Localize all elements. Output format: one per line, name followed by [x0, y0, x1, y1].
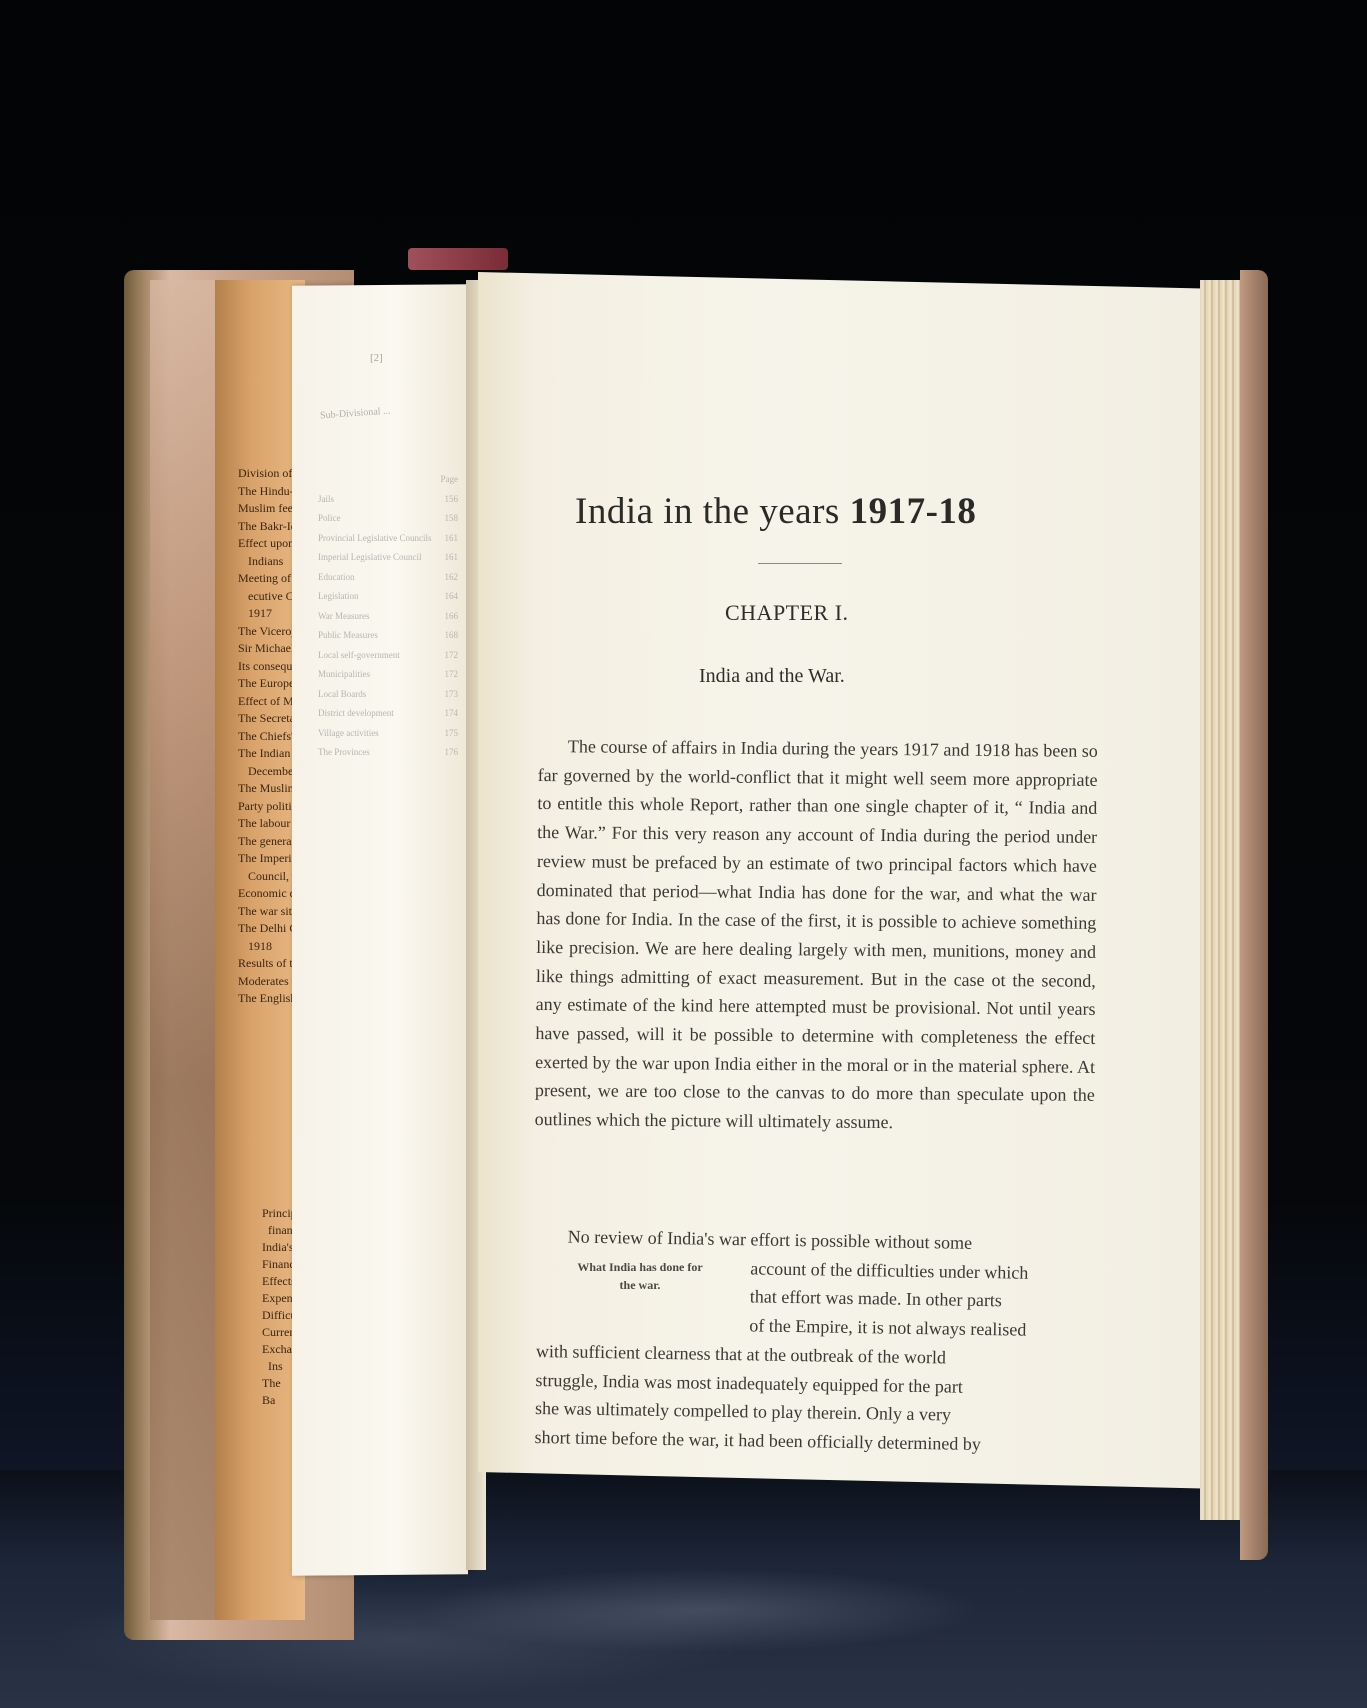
- toc-row: Education162: [318, 568, 458, 588]
- toc-row: Local self-government172: [318, 646, 458, 666]
- page-edges: [1200, 280, 1240, 1520]
- chapter-subtitle: India and the War.: [699, 665, 845, 688]
- toc-row: Imperial Legislative Council161: [318, 548, 458, 568]
- toc-row: Police158: [318, 509, 458, 529]
- toc-row: War Measures166: [318, 607, 458, 627]
- toc-row: Local Boards173: [318, 685, 458, 705]
- chapter-heading: CHAPTER I.: [725, 600, 849, 626]
- toc-row: Jails156: [318, 490, 458, 510]
- toc-row: Municipalities172: [318, 665, 458, 685]
- book-title: India in the years 1917-18: [575, 490, 976, 533]
- toc-row: District development174: [318, 704, 458, 724]
- toc-row: Public Measures168: [318, 626, 458, 646]
- toc-page-number: [2]: [370, 352, 383, 364]
- title-rule: [758, 563, 842, 564]
- toc-row: Provincial Legislative Councils161: [318, 529, 458, 549]
- toc-list: Page Jails156 Police158 Provincial Legis…: [318, 470, 458, 763]
- toc-row: The Provinces176: [318, 743, 458, 763]
- toc-row: Page: [318, 470, 458, 490]
- title-prefix: India in the years: [575, 491, 850, 532]
- book-front-cover-edge: [1240, 270, 1268, 1560]
- toc-row: Legislation164: [318, 587, 458, 607]
- paragraph: The course of affairs in India during th…: [534, 732, 1097, 1139]
- body-paragraph-1: The course of affairs in India during th…: [534, 732, 1097, 1139]
- margin-note: What India has done for the war.: [540, 1258, 740, 1294]
- headband: [408, 248, 508, 270]
- title-year: 1917-18: [850, 491, 977, 532]
- toc-row: Village activities175: [318, 724, 458, 744]
